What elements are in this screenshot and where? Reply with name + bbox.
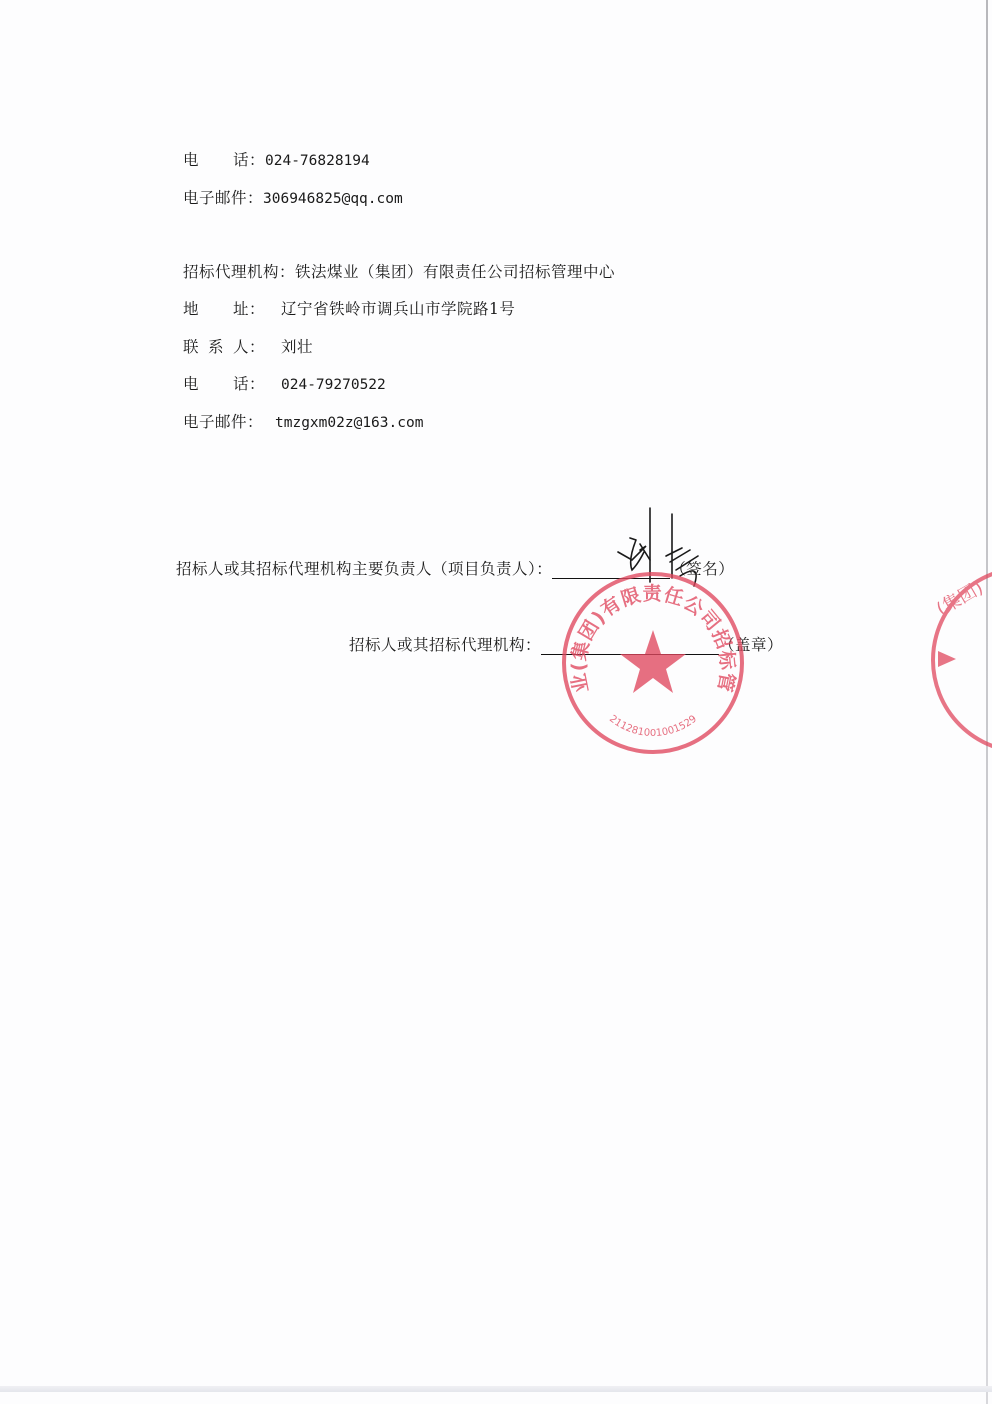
- tenderer-phone-line: 电 话： 024-76828194: [183, 150, 370, 171]
- contact-label: 联 系 人：: [183, 337, 265, 357]
- agency-address-value: 辽宁省铁岭市调兵山市学院路1号: [281, 300, 515, 318]
- seal-code: 2112810010015​29: [607, 713, 699, 739]
- agency-email-value: tmzgxm02z@163.com: [275, 415, 423, 431]
- phone-label: 电 话：: [183, 150, 265, 170]
- tenderer-email-value: 306946825@qq.com: [263, 191, 403, 207]
- company-seal: 铁法煤业(集团)有限责任公司招标管理中心 2112810010015​29: [558, 568, 748, 758]
- agency-address-line: 地 址： 辽宁省铁岭市调兵山市学院路1号: [183, 299, 515, 319]
- agency-name-value: 铁法煤业（集团）有限责任公司招标管理中心: [295, 263, 615, 281]
- tenderer-phone-value: 024-76828194: [265, 153, 370, 169]
- agency-email-line: 电子邮件：tmzgxm02z@163.com: [183, 412, 423, 433]
- star-icon: [620, 630, 686, 693]
- org-seal-label: 招标人或其招标代理机构：: [349, 636, 541, 654]
- svg-text:2112810010015​29: 2112810010015​29: [607, 713, 699, 739]
- partial-seal-text: (集团): [933, 577, 987, 620]
- page-edge-bottom: [0, 1386, 992, 1392]
- agency-phone-value: 024-79270522: [281, 377, 386, 393]
- email-label: 电子邮件：: [183, 188, 263, 208]
- agency-contact-value: 刘壮: [281, 338, 313, 356]
- agency-name-line: 招标代理机构：铁法煤业（集团）有限责任公司招标管理中心: [183, 262, 615, 282]
- agency-label: 招标代理机构：: [183, 262, 295, 282]
- agency-phone-line: 电 话： 024-79270522: [183, 374, 386, 395]
- person-signature-label: 招标人或其招标代理机构主要负责人（项目负责人）：: [176, 560, 552, 578]
- tenderer-email-line: 电子邮件：306946825@qq.com: [183, 188, 403, 209]
- address-label: 地 址：: [183, 299, 265, 319]
- partial-seal: (集团): [930, 555, 992, 765]
- star-icon: [938, 651, 956, 667]
- agency-contact-line: 联 系 人： 刘壮: [183, 337, 313, 357]
- email-label: 电子邮件：: [183, 412, 263, 432]
- phone-label: 电 话：: [183, 374, 265, 394]
